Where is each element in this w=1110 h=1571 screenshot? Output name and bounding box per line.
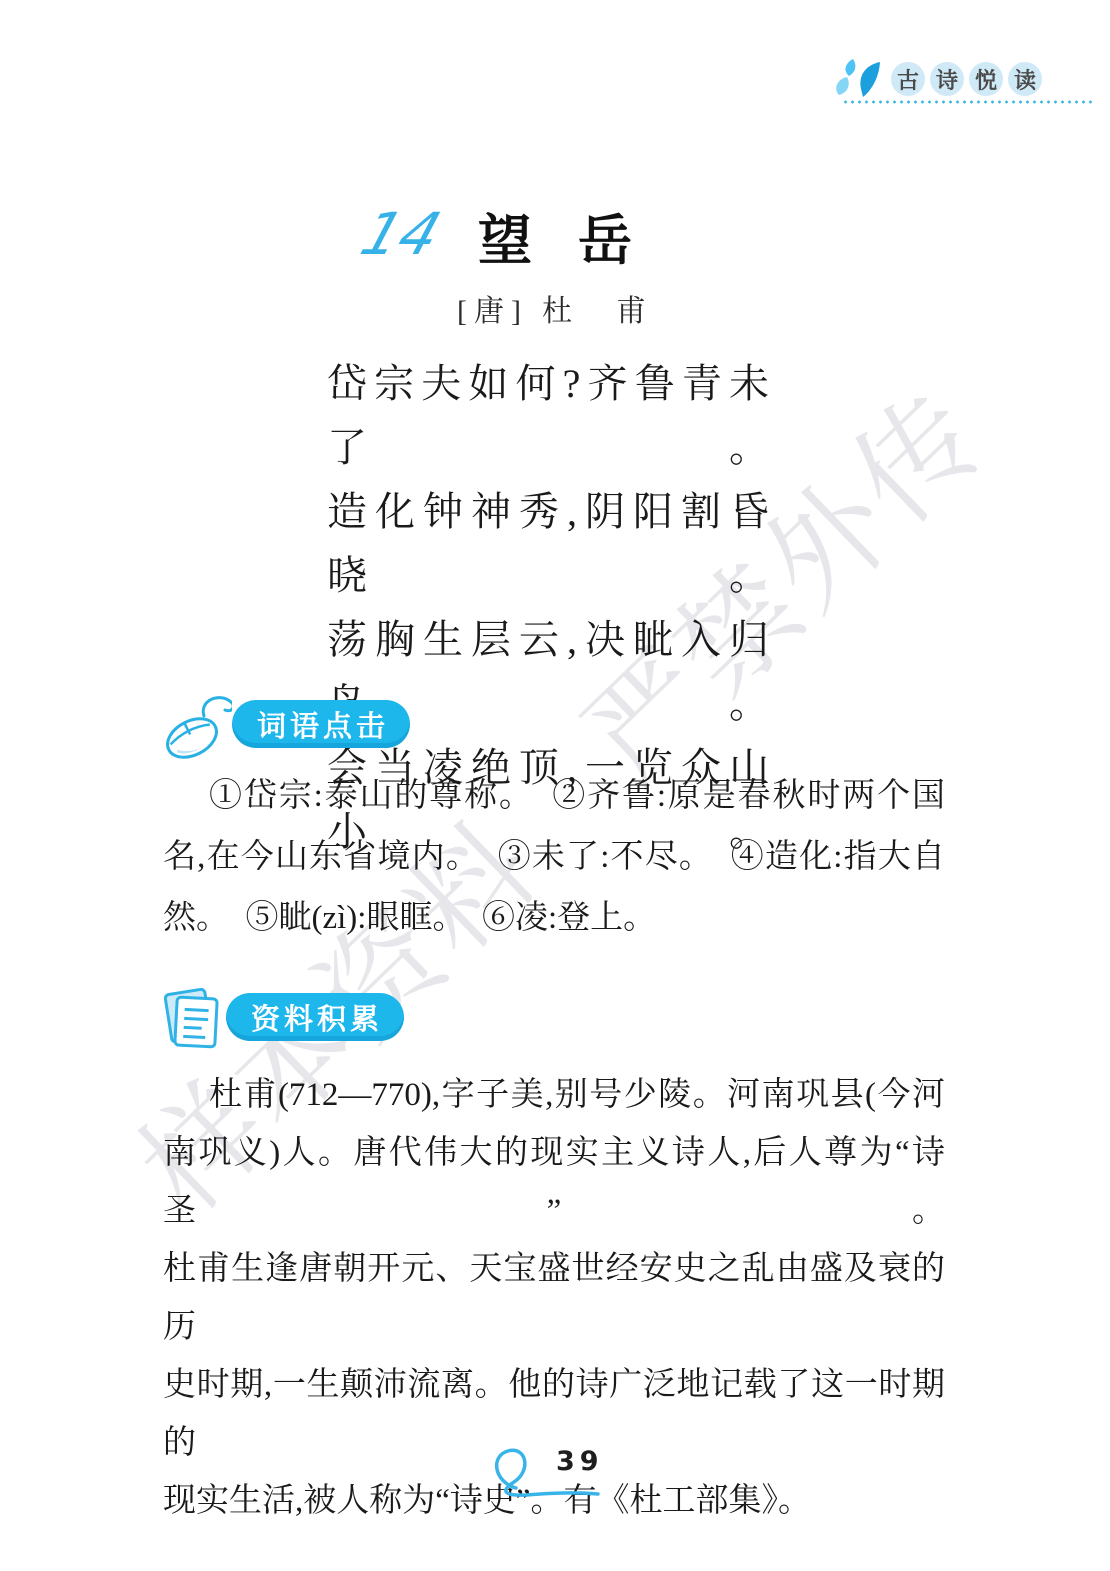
bio-line: 南巩义)人。唐代伟大的现实主义诗人,后人尊为“诗圣”。 <box>163 1124 945 1240</box>
brand-char: 读 <box>1008 62 1042 96</box>
dynasty-label: [唐] <box>457 295 528 328</box>
annotation-line: 然。 ⑤眦(zì):眼眶。 ⑥凌:登上。 <box>163 888 945 949</box>
annotation-line: ①岱宗:泰山的尊称。 ②齐鲁:原是春秋时两个国 <box>163 766 945 827</box>
bio-line: 杜甫(712—770),字子美,别号少陵。河南巩县(今河 <box>163 1066 945 1124</box>
page-header: 古 诗 悦 读 <box>834 56 1042 102</box>
material-section-title: 资料积累 <box>226 993 404 1041</box>
lesson-number: 14 <box>353 200 449 268</box>
word-section-title: 词语点击 <box>232 700 410 748</box>
bio-line: 杜甫生逢唐朝开元、天宝盛世经安史之乱由盛及衰的历 <box>163 1240 945 1356</box>
word-section-badge: 词语点击 <box>162 690 410 760</box>
documents-icon <box>160 984 226 1052</box>
brand-char: 古 <box>891 62 925 96</box>
word-annotations: ①岱宗:泰山的尊称。 ②齐鲁:原是春秋时两个国 名,在今山东省境内。 ③未了:不… <box>163 766 945 949</box>
poem-author-line: [唐]杜 甫 <box>0 286 1110 330</box>
annotation-line: 名,在今山东省境内。 ③未了:不尽。 ④造化:指大自 <box>163 827 945 888</box>
leaf-logo-icon <box>834 56 882 102</box>
brand-char: 诗 <box>930 62 964 96</box>
mouse-icon <box>162 690 232 760</box>
page-number: 39 <box>556 1446 604 1477</box>
poem-line: 造化钟神秀,阴阳割昏晓。 <box>327 480 769 608</box>
material-section-badge: 资料积累 <box>160 984 404 1052</box>
poem-title: 望岳 <box>478 198 678 275</box>
poem-line: 岱宗夫如何?齐鲁青未了。 <box>327 352 769 480</box>
header-dotted-line <box>842 100 1094 104</box>
author-name: 杜 甫 <box>542 295 653 328</box>
brand-char: 悦 <box>969 62 1003 96</box>
